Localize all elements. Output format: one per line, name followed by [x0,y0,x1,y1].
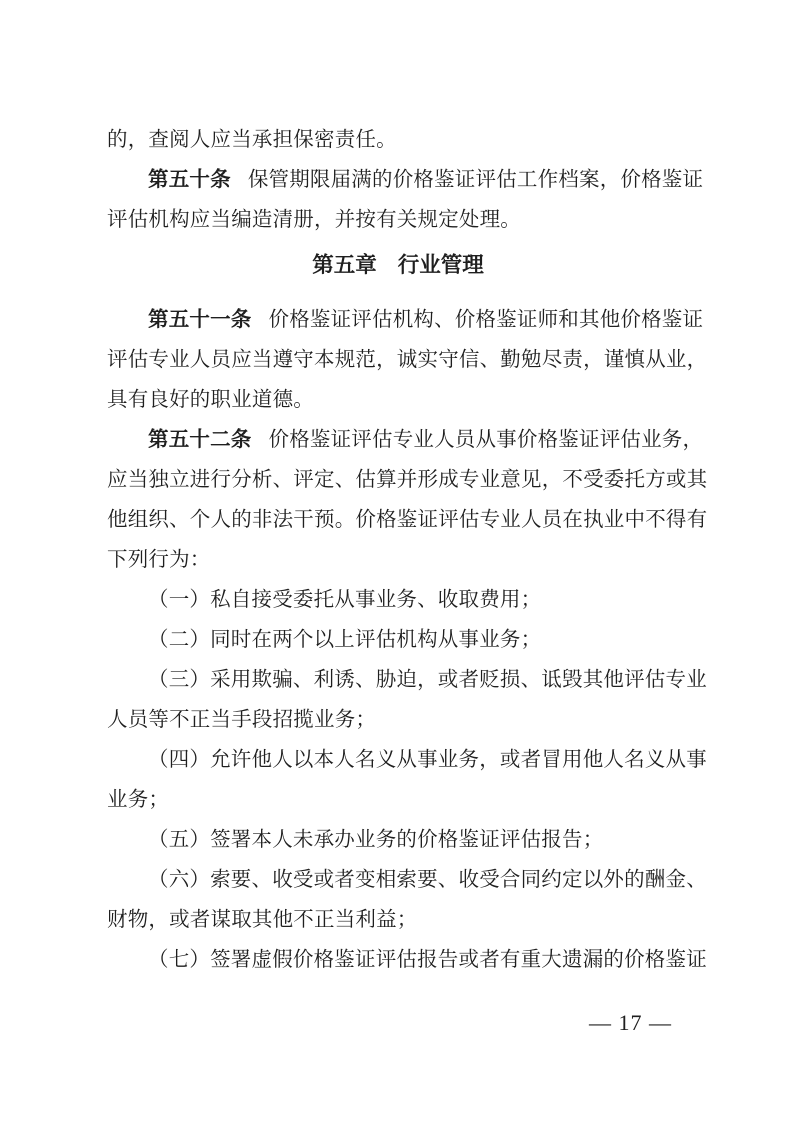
list-item-7: （七）签署虚假价格鉴证评估报告或者有重大遗漏的价格鉴证 [107,940,689,980]
chapter-title: 行业管理 [398,253,484,277]
text-line: 人员等不正当手段招揽业务； [107,700,689,740]
article-text: 价格鉴证评估专业人员从事价格鉴证评估业务， [269,429,704,451]
text-line: 他组织、个人的非法干预。价格鉴证评估专业人员在执业中不得有 [107,500,689,540]
text-line: 的，查阅人应当承担保密责任。 [107,120,689,160]
article-number: 第五十一条 [148,309,252,331]
text-line: 评估专业人员应当遵守本规范，诚实守信、勤勉尽责，谨慎从业， [107,340,689,380]
text-line: 应当独立进行分析、评定、估算并形成专业意见，不受委托方或其 [107,460,689,500]
article-number: 第五十二条 [148,429,252,451]
text-line: 具有良好的职业道德。 [107,380,689,420]
text-line: 评估机构应当编造清册，并按有关规定处理。 [107,200,689,240]
text-line: 业务； [107,780,689,820]
page-body: 的，查阅人应当承担保密责任。 第五十条保管期限届满的价格鉴证评估工作档案，价格鉴… [107,120,689,980]
chapter-number: 第五章 [312,253,377,277]
page-number: — 17 — [589,1010,672,1036]
list-item-5: （五）签署本人未承办业务的价格鉴证评估报告； [107,820,689,860]
article-text: 价格鉴证评估机构、价格鉴证师和其他价格鉴证 [269,309,704,331]
text-line: 下列行为： [107,540,689,580]
text-line-article-52: 第五十二条价格鉴证评估专业人员从事价格鉴证评估业务， [107,420,689,460]
list-item-2: （二）同时在两个以上评估机构从事业务； [107,620,689,660]
article-number: 第五十条 [148,169,231,191]
chapter-heading: 第五章行业管理 [107,245,689,285]
list-item-1: （一）私自接受委托从事业务、收取费用； [107,580,689,620]
article-text: 保管期限届满的价格鉴证评估工作档案，价格鉴证 [248,169,703,191]
list-item-3: （三）采用欺骗、利诱、胁迫，或者贬损、诋毁其他评估专业 [107,660,689,700]
text-line: 财物，或者谋取其他不正当利益； [107,900,689,940]
document-page: 的，查阅人应当承担保密责任。 第五十条保管期限届满的价格鉴证评估工作档案，价格鉴… [0,0,793,1122]
list-item-6: （六）索要、收受或者变相索要、收受合同约定以外的酬金、 [107,860,689,900]
text-line-article-51: 第五十一条价格鉴证评估机构、价格鉴证师和其他价格鉴证 [107,300,689,340]
list-item-4: （四）允许他人以本人名义从事业务，或者冒用他人名义从事 [107,740,689,780]
text-line-article-50: 第五十条保管期限届满的价格鉴证评估工作档案，价格鉴证 [107,160,689,200]
